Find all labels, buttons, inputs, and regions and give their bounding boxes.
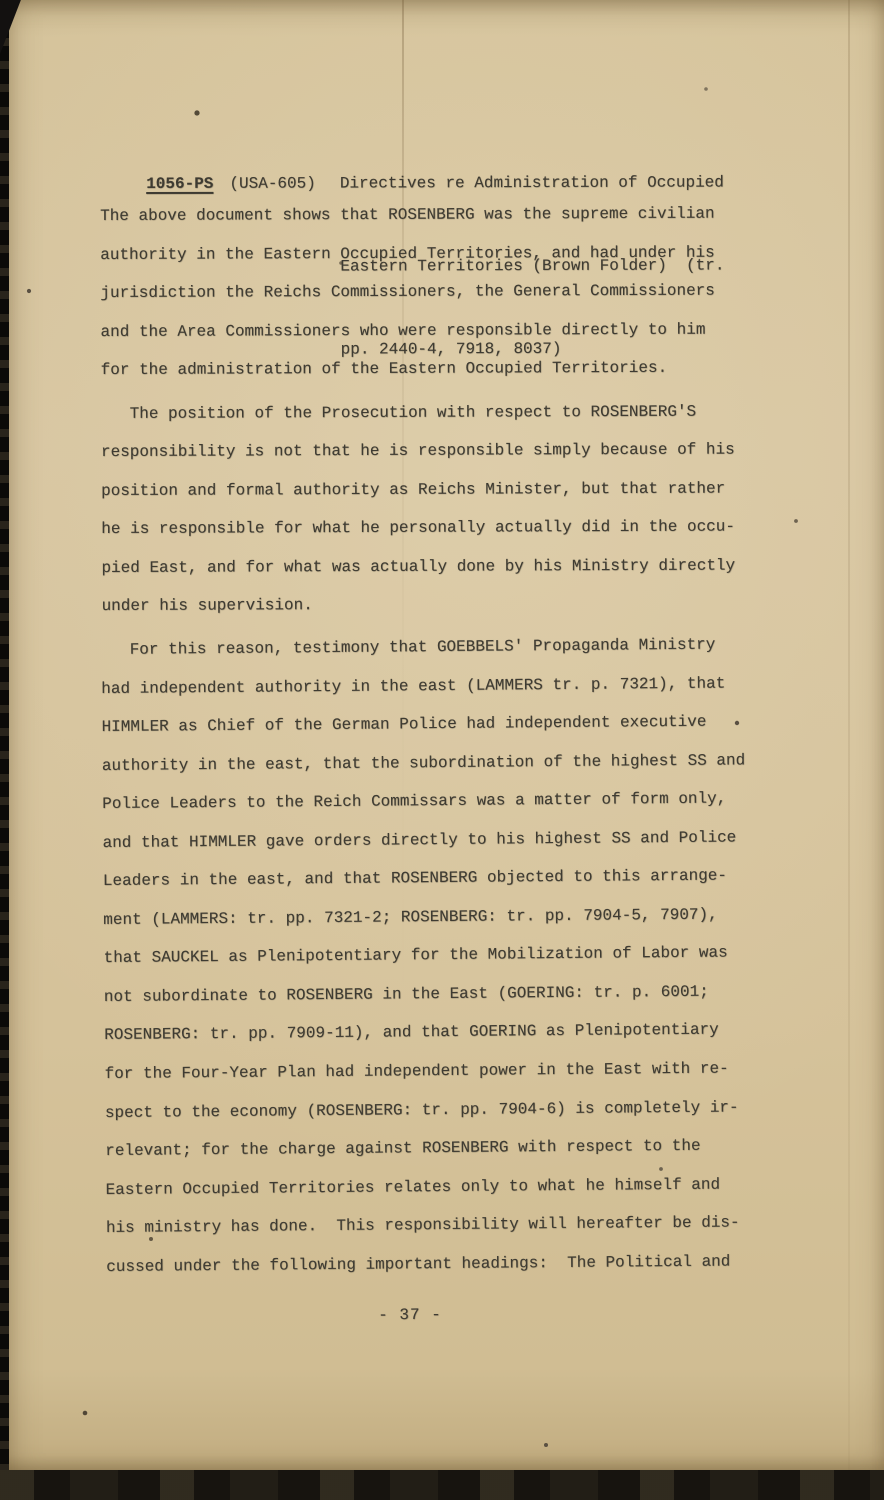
body-line: authority in the east, that the subordin… [102, 741, 746, 785]
body-line: Leaders in the east, and that ROSENBERG … [103, 857, 747, 901]
body-line: ROSENBERG: tr. pp. 7909-11), and that GO… [104, 1011, 748, 1055]
body-line: under his supervision. [101, 585, 744, 626]
body-line: For this reason, testimony that GOEBBELS… [101, 625, 745, 669]
body-line: for the administration of the Eastern Oc… [101, 349, 744, 390]
body-line: ment (LAMMERS: tr. pp. 7321-2; ROSENBERG… [103, 895, 747, 939]
body-line: The above document shows that ROSENBERG … [100, 195, 743, 236]
paragraph: The above document shows that ROSENBERG … [100, 195, 744, 390]
body-line: Police Leaders to the Reich Commissars w… [102, 780, 746, 824]
scan-bottom-edge [0, 1470, 884, 1500]
body-line: relevant; for the charge against ROSENBE… [105, 1126, 749, 1170]
body-line: jurisdiction the Reichs Commissioners, t… [100, 272, 743, 313]
paragraph: For this reason, testimony that GOEBBELS… [101, 625, 750, 1286]
body-line: had independent authority in the east (L… [101, 664, 745, 708]
body-line: responsibility is not that he is respons… [101, 431, 744, 472]
paragraph: The position of the Prosecution with res… [101, 392, 745, 626]
page-number: - 37 - [100, 1304, 720, 1326]
body-line: and the Area Commissioners who were resp… [100, 310, 743, 351]
body-line: he is responsible for what he personally… [101, 508, 744, 549]
body-line: cussed under the following important hea… [106, 1242, 750, 1286]
exhibit-number: (USA-605) [229, 171, 315, 199]
document-number: 1056-PS [146, 171, 213, 199]
typewritten-content: 1056-PS (USA-605) Directives re Administ… [0, 0, 884, 1471]
body-line: Eastern Occupied Territories relates onl… [105, 1165, 749, 1209]
body-line: and that HIMMLER gave orders directly to… [102, 818, 746, 862]
body-line: authority in the Eastern Occupied Territ… [100, 233, 743, 274]
body-line: his ministry has done. This responsibili… [106, 1204, 750, 1248]
body-line: position and formal authority as Reichs … [101, 469, 744, 510]
scan-left-edge [0, 0, 9, 1472]
body-line: The position of the Prosecution with res… [101, 392, 744, 433]
body-line: HIMMLER as Chief of the German Police ha… [101, 702, 745, 746]
document-body: The above document shows that ROSENBERG … [100, 195, 747, 1287]
body-line: pied East, and for what was actually don… [101, 546, 744, 587]
body-line: that SAUCKEL as Plenipotentiary for the … [103, 934, 747, 978]
body-line: for the Four-Year Plan had independent p… [104, 1049, 748, 1093]
body-line: spect to the economy (ROSENBERG: tr. pp.… [105, 1088, 749, 1132]
body-line: not subordinate to ROSENBERG in the East… [104, 972, 748, 1016]
